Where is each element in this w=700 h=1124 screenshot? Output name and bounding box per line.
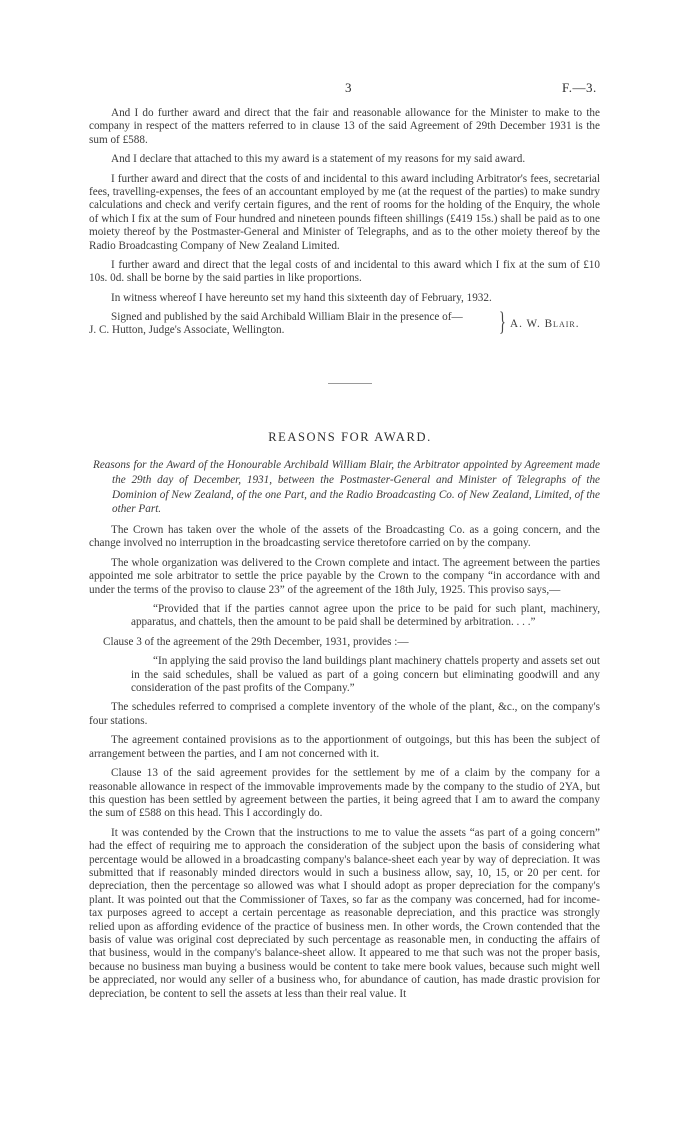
signature-block: Signed and published by the said Archiba… <box>89 311 600 338</box>
page-number: 3 <box>345 80 352 96</box>
section-heading: REASONS FOR AWARD. <box>0 430 700 445</box>
section-divider <box>328 383 372 384</box>
quoted-clause: “In applying the said proviso the land b… <box>131 655 600 695</box>
award-paragraph: I further award and direct that the cost… <box>89 173 600 253</box>
reasons-section: The Crown has taken over the whole of th… <box>89 524 600 1001</box>
reasons-paragraph: The schedules referred to comprised a co… <box>89 701 600 728</box>
award-section: And I do further award and direct that t… <box>89 107 600 338</box>
award-paragraph: I further award and direct that the lega… <box>89 259 600 286</box>
award-paragraph: And I declare that attached to this my a… <box>89 153 600 166</box>
subtitle-text: Reasons for the Award of the Honourable … <box>93 458 600 517</box>
reasons-paragraph: It was contended by the Crown that the i… <box>89 827 600 1001</box>
reasons-paragraph: The whole organization was delivered to … <box>89 557 600 597</box>
signatory-name: A. W. Blair. <box>510 318 580 331</box>
award-paragraph: And I do further award and direct that t… <box>89 107 600 147</box>
reasons-subtitle: Reasons for the Award of the Honourable … <box>93 458 600 517</box>
brace-glyph: } <box>499 309 506 335</box>
document-reference: F.—3. <box>562 80 597 96</box>
reasons-paragraph: Clause 3 of the agreement of the 29th De… <box>89 636 600 649</box>
reasons-paragraph: The agreement contained provisions as to… <box>89 734 600 761</box>
quoted-proviso: “Provided that if the parties cannot agr… <box>131 603 600 630</box>
reasons-paragraph: Clause 13 of the said agreement provides… <box>89 767 600 821</box>
document-page: 3 F.—3. And I do further award and direc… <box>0 0 700 1124</box>
reasons-paragraph: The Crown has taken over the whole of th… <box>89 524 600 551</box>
award-paragraph: In witness whereof I have hereunto set m… <box>89 292 600 305</box>
witness-line: J. C. Hutton, Judge's Associate, Welling… <box>89 324 284 337</box>
signature-line: Signed and published by the said Archiba… <box>111 311 463 324</box>
